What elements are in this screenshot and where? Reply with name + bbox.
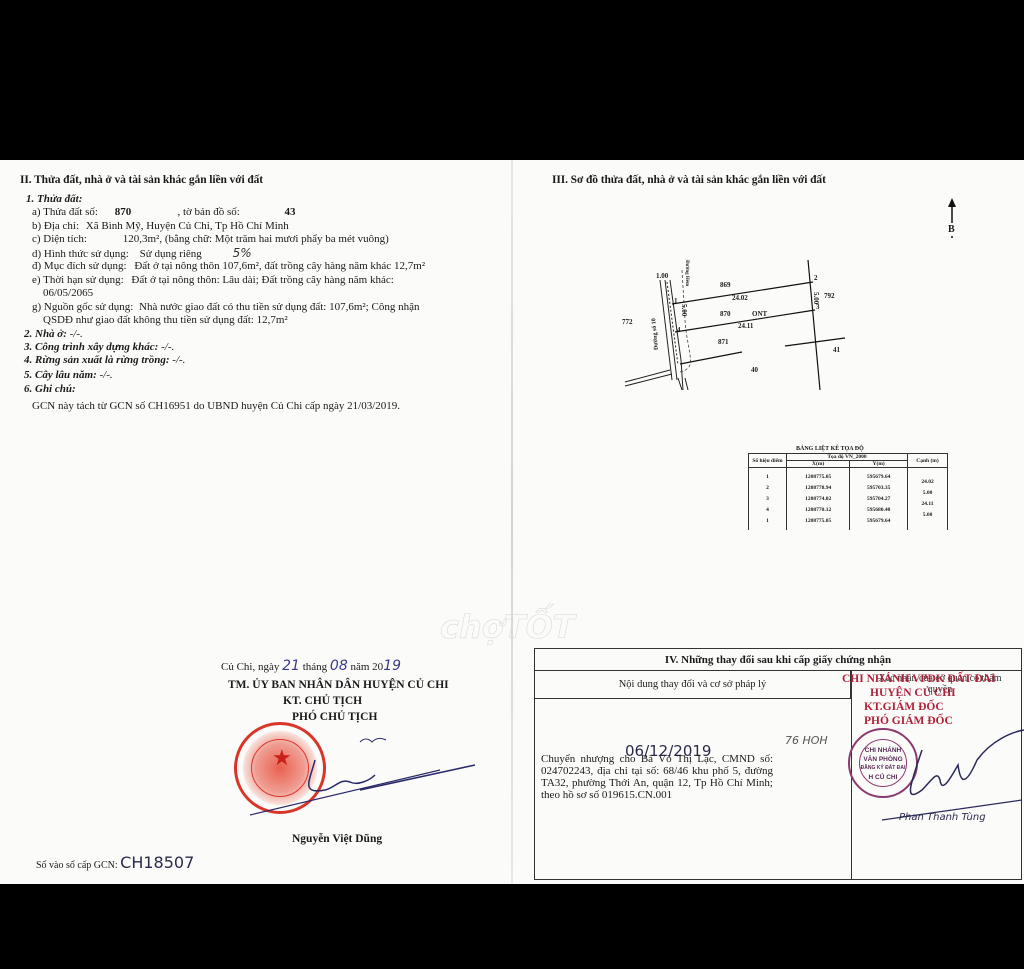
svg-text:2: 2 [814,274,818,282]
usage-form-value: Sử dụng riêng [140,248,202,260]
svg-text:5.00: 5.00 [680,304,688,317]
note-text: GCN này tách từ GCN số CH16951 do UBND h… [32,400,400,413]
svg-text:24.11: 24.11 [738,322,754,330]
north-label: B [948,223,955,236]
origin-value-2: QSDĐ như giao đất không thu tiền sử dụng… [43,314,288,327]
item-notes-heading: 6. Ghi chú: [24,383,76,396]
svg-text:869: 869 [720,281,731,289]
edge-lengths: 24.02 5.00 24.11 5.00 [908,468,948,531]
svg-text:1.00: 1.00 [656,272,669,280]
usage-form-row: d) Hình thức sử dụng: Sử dụng riêng 5% [32,247,252,261]
sign-day: 21 [282,658,300,674]
svg-text:24.02: 24.02 [732,294,748,302]
origin-value: Nhà nước giao đất có thu tiền sử dụng đấ… [139,301,419,313]
term-value: Đất ở tại nông thôn: Lâu dài; Đất trồng … [131,274,393,286]
svg-text:Đường Hẻm: Đường Hẻm [684,260,689,287]
land-heading: 1. Thửa đất: [26,193,82,206]
address-row: b) Địa chỉ: Xã Bình Mỹ, Huyện Củ Chi, Tp… [32,220,289,233]
changes-col-content: Nội dung thay đổi và cơ sở pháp lý [535,671,851,699]
term-row: e) Thời hạn sử dụng: Đất ở tại nông thôn… [32,274,394,287]
table-row: 1 1208775.05 595679.64 24.02 5.00 24.11 … [749,468,948,484]
signature-left [240,720,480,830]
area-value: 120,3m², (bằng chữ: Một trăm hai mươi ph… [123,233,389,245]
parcel-map: 869 24.02 870 ONT 24.11 871 792 772 40 4… [620,260,860,390]
svg-text:871: 871 [718,338,729,346]
sign-role-1: KT. CHỦ TỊCH [283,695,362,708]
purpose-value: Đất ở tại nông thôn 107,6m², đất trồng c… [134,260,425,272]
coordinate-table: Số hiệu điểm Tọa độ VN_2000 Cạnh (m) X(m… [748,453,948,530]
item-perennial-trees: 5. Cây lâu năm: -/-. [24,369,113,382]
certificate-sheet: II. Thửa đất, nhà ở và tài sản khác gắn … [0,160,1024,884]
svg-text:792: 792 [824,292,835,300]
sign-org: TM. ỦY BAN NHÂN DÂN HUYỆN CỦ CHI [228,679,449,692]
sign-date: Củ Chi, ngày 21 tháng 08 năm 2019 [221,660,401,674]
origin-row: g) Nguồn gốc sử dụng: Nhà nước giao đất … [32,301,419,314]
area-row: c) Diện tích: 120,3m², (bằng chữ: Một tr… [32,233,389,246]
item-planted-forest: 4. Rừng sản xuất là rừng trồng: -/-. [24,354,185,367]
signer-name: Nguyễn Việt Dũng [292,833,382,846]
term-date: 06/05/2065 [43,287,93,300]
item-other-construction: 3. Công trình xây dựng khác: -/-. [24,341,174,354]
svg-text:40: 40 [751,366,759,374]
stamp-org-1: CHI NHÁNH VPĐK ĐẤT ĐAI [842,673,996,685]
registry-number: CH18507 [120,853,194,872]
stamp-org-2: HUYỆN CỦ CHI [870,687,956,699]
svg-text:Đường số 10: Đường số 10 [650,318,660,350]
svg-text:772: 772 [622,318,633,326]
svg-text:4: 4 [677,326,681,334]
svg-text:5.00: 5.00 [812,292,820,305]
right-signer-name: Phan Thanh Tùng [899,812,986,823]
stamp-role-1: KT.GIÁM ĐỐC [864,701,944,713]
handwritten-note: 5% [233,246,252,260]
parcel-number: 870 [115,206,175,219]
right-page: III. Sơ đồ thửa đất, nhà ở và tài sản kh… [512,160,1024,884]
sign-year: 19 [383,658,401,674]
address-value: Xã Bình Mỹ, Huyện Củ Chi, Tp Hồ Chí Minh [86,220,289,232]
item-house: 2. Nhà ở: -/-. [24,328,83,341]
section-ii-title: II. Thửa đất, nhà ở và tài sản khác gắn … [20,174,263,186]
svg-text:ONT: ONT [752,310,768,318]
left-page: II. Thửa đất, nhà ở và tài sản khác gắn … [0,160,512,884]
registry-row: Số vào sổ cấp GCN: CH18507 [36,856,194,872]
chotot-watermark: chợTỐT [440,608,575,646]
map-sheet-number: 43 [285,206,296,218]
svg-text:41: 41 [833,346,841,354]
svg-text:870: 870 [720,310,731,318]
parcel-number-row: a) Thửa đất số: 870 , tờ bản đồ số: 43 [32,206,296,219]
handwritten-code: 76 HOH [785,734,828,747]
purpose-row: đ) Mục đích sử dụng: Đất ở tại nông thôn… [32,260,425,273]
section-iii-title: III. Sơ đồ thửa đất, nhà ở và tài sản kh… [552,174,826,186]
sign-month: 08 [330,658,348,674]
svg-text:1: 1 [674,297,678,305]
change-content: Chuyển nhượng cho Bà Võ Thị Lạc, CMND số… [541,753,773,801]
changes-title: IV. Những thay đổi sau khi cấp giấy chứn… [535,649,1021,671]
